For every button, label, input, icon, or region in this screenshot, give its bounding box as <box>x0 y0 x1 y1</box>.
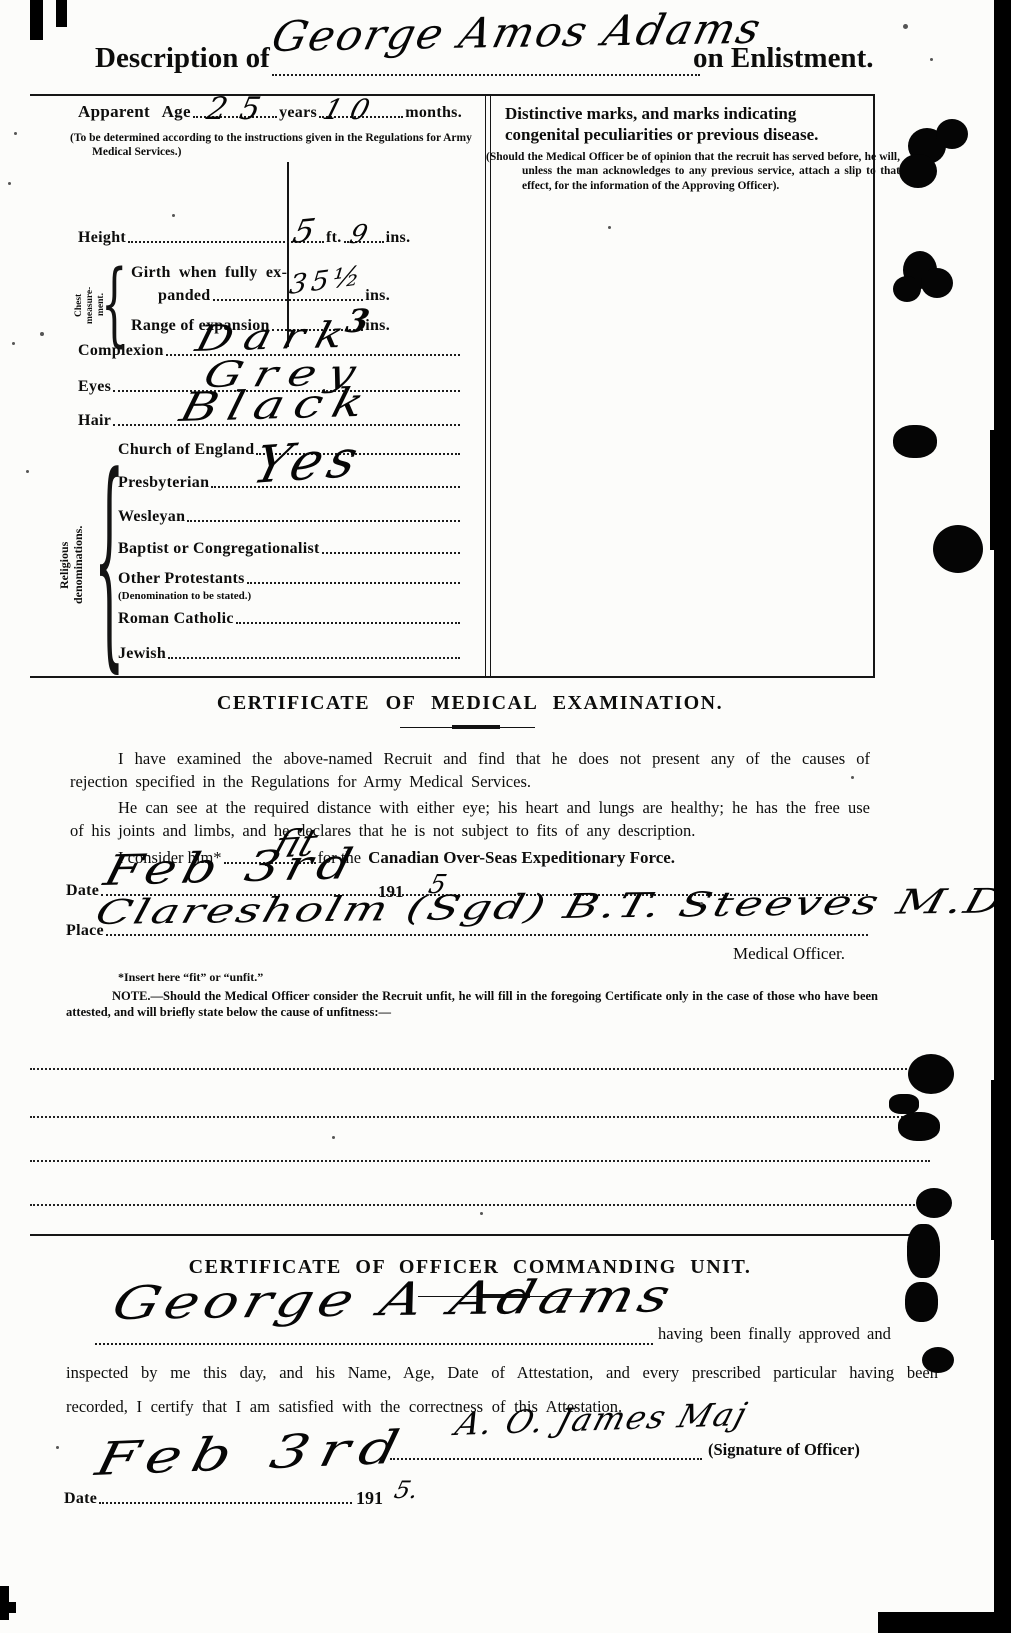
chest-group-line: Chest <box>74 293 84 316</box>
page-title-suffix: on Enlistment. <box>693 42 873 75</box>
height-label: Height <box>78 229 126 247</box>
hair-value: Black <box>176 383 378 428</box>
religion-presbyterian-value: Yes <box>248 433 369 492</box>
age-years-unit: years <box>279 104 317 122</box>
height-row: Height ft. ins. <box>78 229 462 247</box>
chest-group-line: measure- <box>85 286 95 323</box>
ink-blot <box>907 1224 940 1278</box>
religion-row-jewish: Jewish <box>118 645 462 663</box>
noise-speck <box>8 182 11 185</box>
medical-heading-rule-thick <box>452 725 500 729</box>
complexion-label: Complexion <box>78 342 164 360</box>
religions-group-label: Religious denominations. <box>58 480 86 650</box>
height-ft-unit: ft. <box>326 229 342 247</box>
noise-speck <box>480 1212 483 1215</box>
ink-blot <box>889 1094 919 1114</box>
ink-blot <box>933 525 983 573</box>
ink-blot <box>908 1054 954 1094</box>
scan-mark-bottom-left <box>6 1602 16 1613</box>
religion-dotline <box>236 618 460 624</box>
height-ins-unit: ins. <box>386 229 411 247</box>
religion-label: Wesleyan <box>118 508 185 526</box>
apparent-age-label: Apparent Age <box>78 102 191 122</box>
ink-blot <box>893 276 921 302</box>
ink-blot <box>893 425 937 458</box>
commanding-date-value: Feb 3rd <box>92 1424 414 1482</box>
scan-corner-bottom-right <box>878 1612 1011 1633</box>
blank-line-3 <box>30 1160 930 1162</box>
ink-blot <box>898 1112 940 1141</box>
religion-label: Presbyterian <box>118 474 209 492</box>
noise-speck <box>903 24 908 29</box>
enlistment-form-page: Description of George Amos Adams on Enli… <box>0 0 1011 1633</box>
age-months-unit: months. <box>405 104 462 122</box>
officer-signature-value: A. O. James Maj <box>452 1398 752 1440</box>
noise-speck <box>700 902 703 905</box>
table-top-border <box>30 94 875 96</box>
religion-row-other-protestants: Other Protestants <box>118 570 462 588</box>
ink-blot <box>936 119 968 149</box>
medical-heading: CERTIFICATE OF MEDICAL EXAMINATION. <box>0 692 940 715</box>
girth-label-line1: Girth when fully ex- <box>131 264 287 282</box>
scan-edge-nub <box>990 430 996 550</box>
commanding-date-dotline <box>99 1498 352 1504</box>
medical-para2: He can see at the required distance with… <box>70 797 870 843</box>
age-months-value: 10 <box>320 96 382 124</box>
religion-label: Other Protestants <box>118 570 245 588</box>
noise-speck <box>14 132 17 135</box>
religion-dotline <box>168 653 460 659</box>
noise-speck <box>608 226 611 229</box>
religion-row-baptist: Baptist or Congregationalist <box>118 540 462 558</box>
hair-label: Hair <box>78 412 111 430</box>
commanding-name-value: George A Adams <box>108 1272 680 1326</box>
medical-note: NOTE.—Should the Medical Officer conside… <box>66 988 878 1021</box>
ink-blot <box>905 1282 938 1322</box>
noise-speck <box>332 1136 335 1139</box>
other-protestants-note: (Denomination to be stated.) <box>118 590 251 604</box>
signature-of-officer-label: (Signature of Officer) <box>708 1440 860 1460</box>
blank-line-4 <box>30 1204 930 1206</box>
consider-force: Canadian Over-Seas Expeditionary Force. <box>368 848 675 868</box>
commanding-date-row: Date <box>64 1490 354 1508</box>
religion-label: Jewish <box>118 645 166 663</box>
scan-edge-bar-right <box>994 0 1011 1633</box>
blank-line-1 <box>30 1068 930 1070</box>
distinctive-marks-heading: Distinctive marks, and marks indicating … <box>505 103 867 146</box>
commanding-after-name: having been finally approved and <box>658 1324 891 1344</box>
distinctive-marks-note: (Should the Medical Officer be of opinio… <box>486 150 900 193</box>
noise-speck <box>12 342 15 345</box>
noise-speck <box>26 470 29 473</box>
noise-speck <box>172 214 175 217</box>
blank-line-2 <box>30 1116 930 1118</box>
religions-group-line: denominations. <box>71 526 85 604</box>
medical-date-value: Feb 3rd <box>100 843 363 892</box>
commanding-date-label: Date <box>64 1490 97 1508</box>
medical-para1: I have examined the above-named Recruit … <box>70 748 870 794</box>
scan-mark-top-left <box>56 0 67 27</box>
signature-dotline <box>390 1442 702 1460</box>
commanding-year-printed: 191 <box>356 1488 383 1509</box>
noise-speck <box>56 1446 59 1449</box>
scan-edge-nub <box>991 1080 996 1240</box>
religion-dotline <box>247 578 460 584</box>
commanding-year-value: 5. <box>392 1478 421 1502</box>
fit-footnote: *Insert here “fit” or “unfit.” <box>118 970 263 985</box>
chest-group-line: ment. <box>96 294 106 317</box>
religion-label: Roman Catholic <box>118 610 234 628</box>
complexion-value: Dark <box>192 318 359 358</box>
age-years-value: 25 <box>204 94 276 125</box>
scan-mark-top-left <box>30 0 43 40</box>
girth-label-line2: panded <box>158 287 211 305</box>
ink-blot <box>916 1188 952 1218</box>
title-name-handwritten: George Amos Adams <box>268 8 766 58</box>
religion-label: Church of England <box>118 441 254 459</box>
religion-label: Baptist or Congregationalist <box>118 540 320 558</box>
medical-date-label: Date <box>66 882 99 900</box>
religion-dotline <box>187 516 460 522</box>
noise-speck <box>930 58 933 61</box>
noise-speck <box>40 332 44 336</box>
apparent-age-note: (To be determined according to the instr… <box>70 131 484 160</box>
page-title-prefix: Description of <box>95 42 270 75</box>
ink-blot <box>899 154 937 188</box>
medical-officer-label: Medical Officer. <box>595 944 845 964</box>
ink-blot <box>921 268 953 298</box>
section-divider <box>30 1234 935 1236</box>
eyes-label: Eyes <box>78 378 111 396</box>
ink-blot <box>922 1347 954 1373</box>
religions-group-line: Religious <box>57 541 71 588</box>
religion-dotline <box>322 548 460 554</box>
table-bottom-border <box>30 676 875 678</box>
chest-group-label: Chest measure- ment. <box>74 262 107 348</box>
medical-place-value: Claresholm (Sgd) B.T. Steeves M.D. <box>92 884 1011 930</box>
religion-row-roman-catholic: Roman Catholic <box>118 610 462 628</box>
noise-speck <box>851 776 854 779</box>
religion-row-wesleyan: Wesleyan <box>118 508 462 526</box>
